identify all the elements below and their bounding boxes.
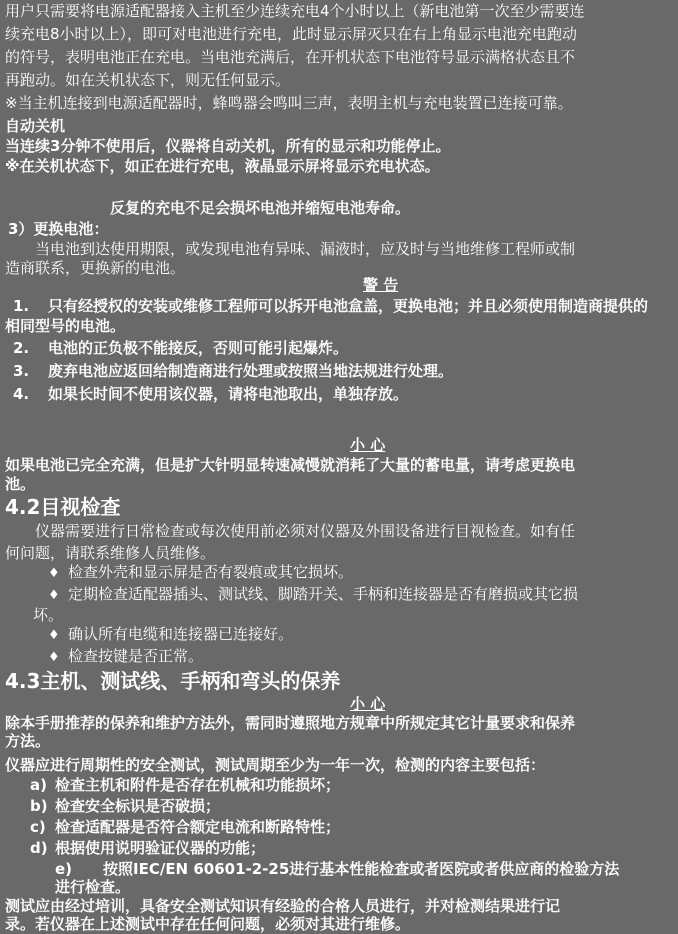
text-line: 坏。 <box>5 606 674 624</box>
text-line: 根据使用说明验证仪器的功能； <box>55 839 265 857</box>
safety-test-letter-list: a)检查主机和附件是否存在机械和功能损坏； b)检查安全标识是否破损； c)检查… <box>5 775 674 895</box>
text-line: 如果电池已完全充满，但是扩大针明显转速减慢就消耗了大量的蓄电量，请考虑更换电 <box>5 456 674 475</box>
item-letter: d) <box>30 838 55 859</box>
warning-heading-text: 警 告 <box>363 276 398 294</box>
replace-battery-title: 3）更换电池： <box>5 218 674 240</box>
diamond-bullet-icon: ♦ <box>48 648 68 668</box>
list-item: ♦检查按键是否正常。 <box>5 646 674 668</box>
caution-heading-text: 小 心 <box>350 695 385 713</box>
diamond-bullet-icon: ♦ <box>48 564 68 584</box>
text-line: 如果长时间不使用该仪器，请将电池取出，单独存放。 <box>48 385 408 403</box>
list-item: ♦检查外壳和显示屏是否有裂痕或其它损坏。 <box>5 562 674 584</box>
text-line: 检查按键是否正常。 <box>68 647 203 665</box>
text-line: 测试应由经过培训，具备安全测试知识有经验的合格人员进行，并对检测结果进行记 <box>5 897 674 915</box>
text-line: 检查适配器是否符合额定电流和断路特性； <box>55 818 340 836</box>
item-number: 2. <box>13 338 48 358</box>
section-4-2-paragraph: 仪器需要进行日常检查或每次使用前必须对仪器及外围设备进行目视检查。如有任 何问题… <box>5 520 674 564</box>
text-line: 录。若仪器在上述测试中存在任何问题，必须对其进行维修。 <box>5 915 674 933</box>
text-line: 当连续3分钟不使用后，仪器将自动关机，所有的显示和功能停止。 <box>5 136 674 156</box>
text-line: 进行检查。 <box>5 879 674 895</box>
text-line: 废弃电池应返回给制造商进行处理或按照当地法规进行处理。 <box>48 362 453 380</box>
list-item: e)按照IEC/EN 60601-2-25进行基本性能检查或者医院或者供应商的检… <box>5 859 674 879</box>
text-line: ※当主机连接到电源适配器时，蜂鸣器会鸣叫三声，表明主机与充电装置已连接可靠。 <box>5 92 674 115</box>
text-line: 方法。 <box>5 732 674 750</box>
caution-heading-text: 小 心 <box>350 436 385 454</box>
section-4-3-heading: 4.3主机、测试线、手柄和弯头的保养 <box>5 668 674 694</box>
caution-heading: 小 心 <box>5 434 674 456</box>
text-line: 用户只需要将电源适配器接入主机至少连续充电4个小时以上（新电池第一次至少需要连 <box>5 0 674 23</box>
text-line: 检查外壳和显示屏是否有裂痕或其它损坏。 <box>68 563 353 581</box>
text-line: ※在关机状态下，如正在进行充电，液晶显示屏将显示充电状态。 <box>5 156 674 176</box>
auto-shutdown-section: 自动关机 当连续3分钟不使用后，仪器将自动关机，所有的显示和功能停止。 ※在关机… <box>5 116 674 176</box>
document-page: 用户只需要将电源适配器接入主机至少连续充电4个小时以上（新电池第一次至少需要连 … <box>0 0 678 934</box>
auto-shutdown-title: 自动关机 <box>5 116 674 136</box>
text-line: 检查安全标识是否破损； <box>55 797 220 815</box>
text-line: 电池的正负极不能接反，否则可能引起爆炸。 <box>48 339 348 357</box>
diamond-bullet-icon: ♦ <box>48 586 68 606</box>
list-item: d)根据使用说明验证仪器的功能； <box>5 838 674 859</box>
text-line: 当电池到达使用期限，或发现电池有异味、漏液时，应及时与当地维修工程师或制 <box>5 240 674 259</box>
caution-heading: 小 心 <box>5 694 674 714</box>
diamond-bullet-icon: ♦ <box>48 626 68 646</box>
text-line: 按照IEC/EN 60601-2-25进行基本性能检查或者医院或者供应商的检验方… <box>103 860 619 878</box>
item-number: 3. <box>13 361 48 381</box>
section-4-3-paragraph-1: 除本手册推荐的保养和维护方法外，需同时遵照地方规章中所规定其它计量要求和保养 方… <box>5 714 674 750</box>
replace-battery-paragraph: 当电池到达使用期限，或发现电池有异味、漏液时，应及时与当地维修工程师或制 造商联… <box>5 240 674 278</box>
list-item: b)检查安全标识是否破损； <box>5 796 674 817</box>
caution-paragraph: 如果电池已完全充满，但是扩大针明显转速减慢就消耗了大量的蓄电量，请考虑更换电 池… <box>5 456 674 494</box>
text-line: 池。 <box>5 475 674 494</box>
list-item: a)检查主机和附件是否存在机械和功能损坏； <box>5 775 674 796</box>
text-line: 续充电8小时以上），即可对电池进行充电，此时显示屏灭只在右上角显示电池充电跑动 <box>5 23 674 46</box>
warning-item: 2.电池的正负极不能接反，否则可能引起爆炸。 <box>5 338 674 358</box>
text-line: 相同型号的电池。 <box>5 316 674 336</box>
text-line: 再跑动。如在关机状态下，则无任何显示。 <box>5 69 674 92</box>
closing-paragraph: 测试应由经过培训，具备安全测试知识有经验的合格人员进行，并对检测结果进行记 录。… <box>5 897 674 933</box>
text-line: 仪器需要进行日常检查或每次使用前必须对仪器及外围设备进行目视检查。如有任 <box>5 520 674 542</box>
recharge-warning-note: 反复的充电不足会损坏电池并缩短电池寿命。 <box>5 198 674 218</box>
warning-item: 4.如果长时间不使用该仪器，请将电池取出，单独存放。 <box>5 384 674 404</box>
section-4-3-paragraph-2: 仪器应进行周期性的安全测试，测试周期至少为一年一次，检测的内容主要包括： <box>5 755 674 775</box>
intro-paragraph: 用户只需要将电源适配器接入主机至少连续充电4个小时以上（新电池第一次至少需要连 … <box>5 0 674 115</box>
section-4-2-heading: 4.2目视检查 <box>5 494 674 520</box>
text-line: 定期检查适配器插头、测试线、脚踏开关、手柄和连接器是否有磨损或其它损 <box>68 585 578 603</box>
list-item: ♦定期检查适配器插头、测试线、脚踏开关、手柄和连接器是否有磨损或其它损 <box>5 584 674 606</box>
text-line: 除本手册推荐的保养和维护方法外，需同时遵照地方规章中所规定其它计量要求和保养 <box>5 714 674 732</box>
item-letter: e) <box>55 859 103 879</box>
text-line: 检查主机和附件是否存在机械和功能损坏； <box>55 776 340 794</box>
item-letter: a) <box>30 775 55 796</box>
text-line: 的符号，表明电池正在充电。当电池充满后，在开机状态下电池符号显示满格状态且不 <box>5 46 674 69</box>
warning-item: 3.废弃电池应返回给制造商进行处理或按照当地法规进行处理。 <box>5 361 674 381</box>
list-item: ♦确认所有电缆和连接器已连接好。 <box>5 624 674 646</box>
item-number: 4. <box>13 384 48 404</box>
text-line: 只有经授权的安装或维修工程师可以拆开电池盒盖，更换电池；并且必须使用制造商提供的 <box>48 297 648 315</box>
text-line: 何问题，请联系维修人员维修。 <box>5 542 674 564</box>
inspection-bullet-list: ♦检查外壳和显示屏是否有裂痕或其它损坏。 ♦定期检查适配器插头、测试线、脚踏开关… <box>5 562 674 668</box>
item-number: 1. <box>13 296 48 316</box>
list-item: c)检查适配器是否符合额定电流和断路特性； <box>5 817 674 838</box>
warning-item: 1.只有经授权的安装或维修工程师可以拆开电池盒盖，更换电池；并且必须使用制造商提… <box>5 296 674 336</box>
item-letter: b) <box>30 796 55 817</box>
diamond-bullet-icon: 确认所有电缆和连接器已连接好。 <box>68 625 293 643</box>
item-letter: c) <box>30 817 55 838</box>
